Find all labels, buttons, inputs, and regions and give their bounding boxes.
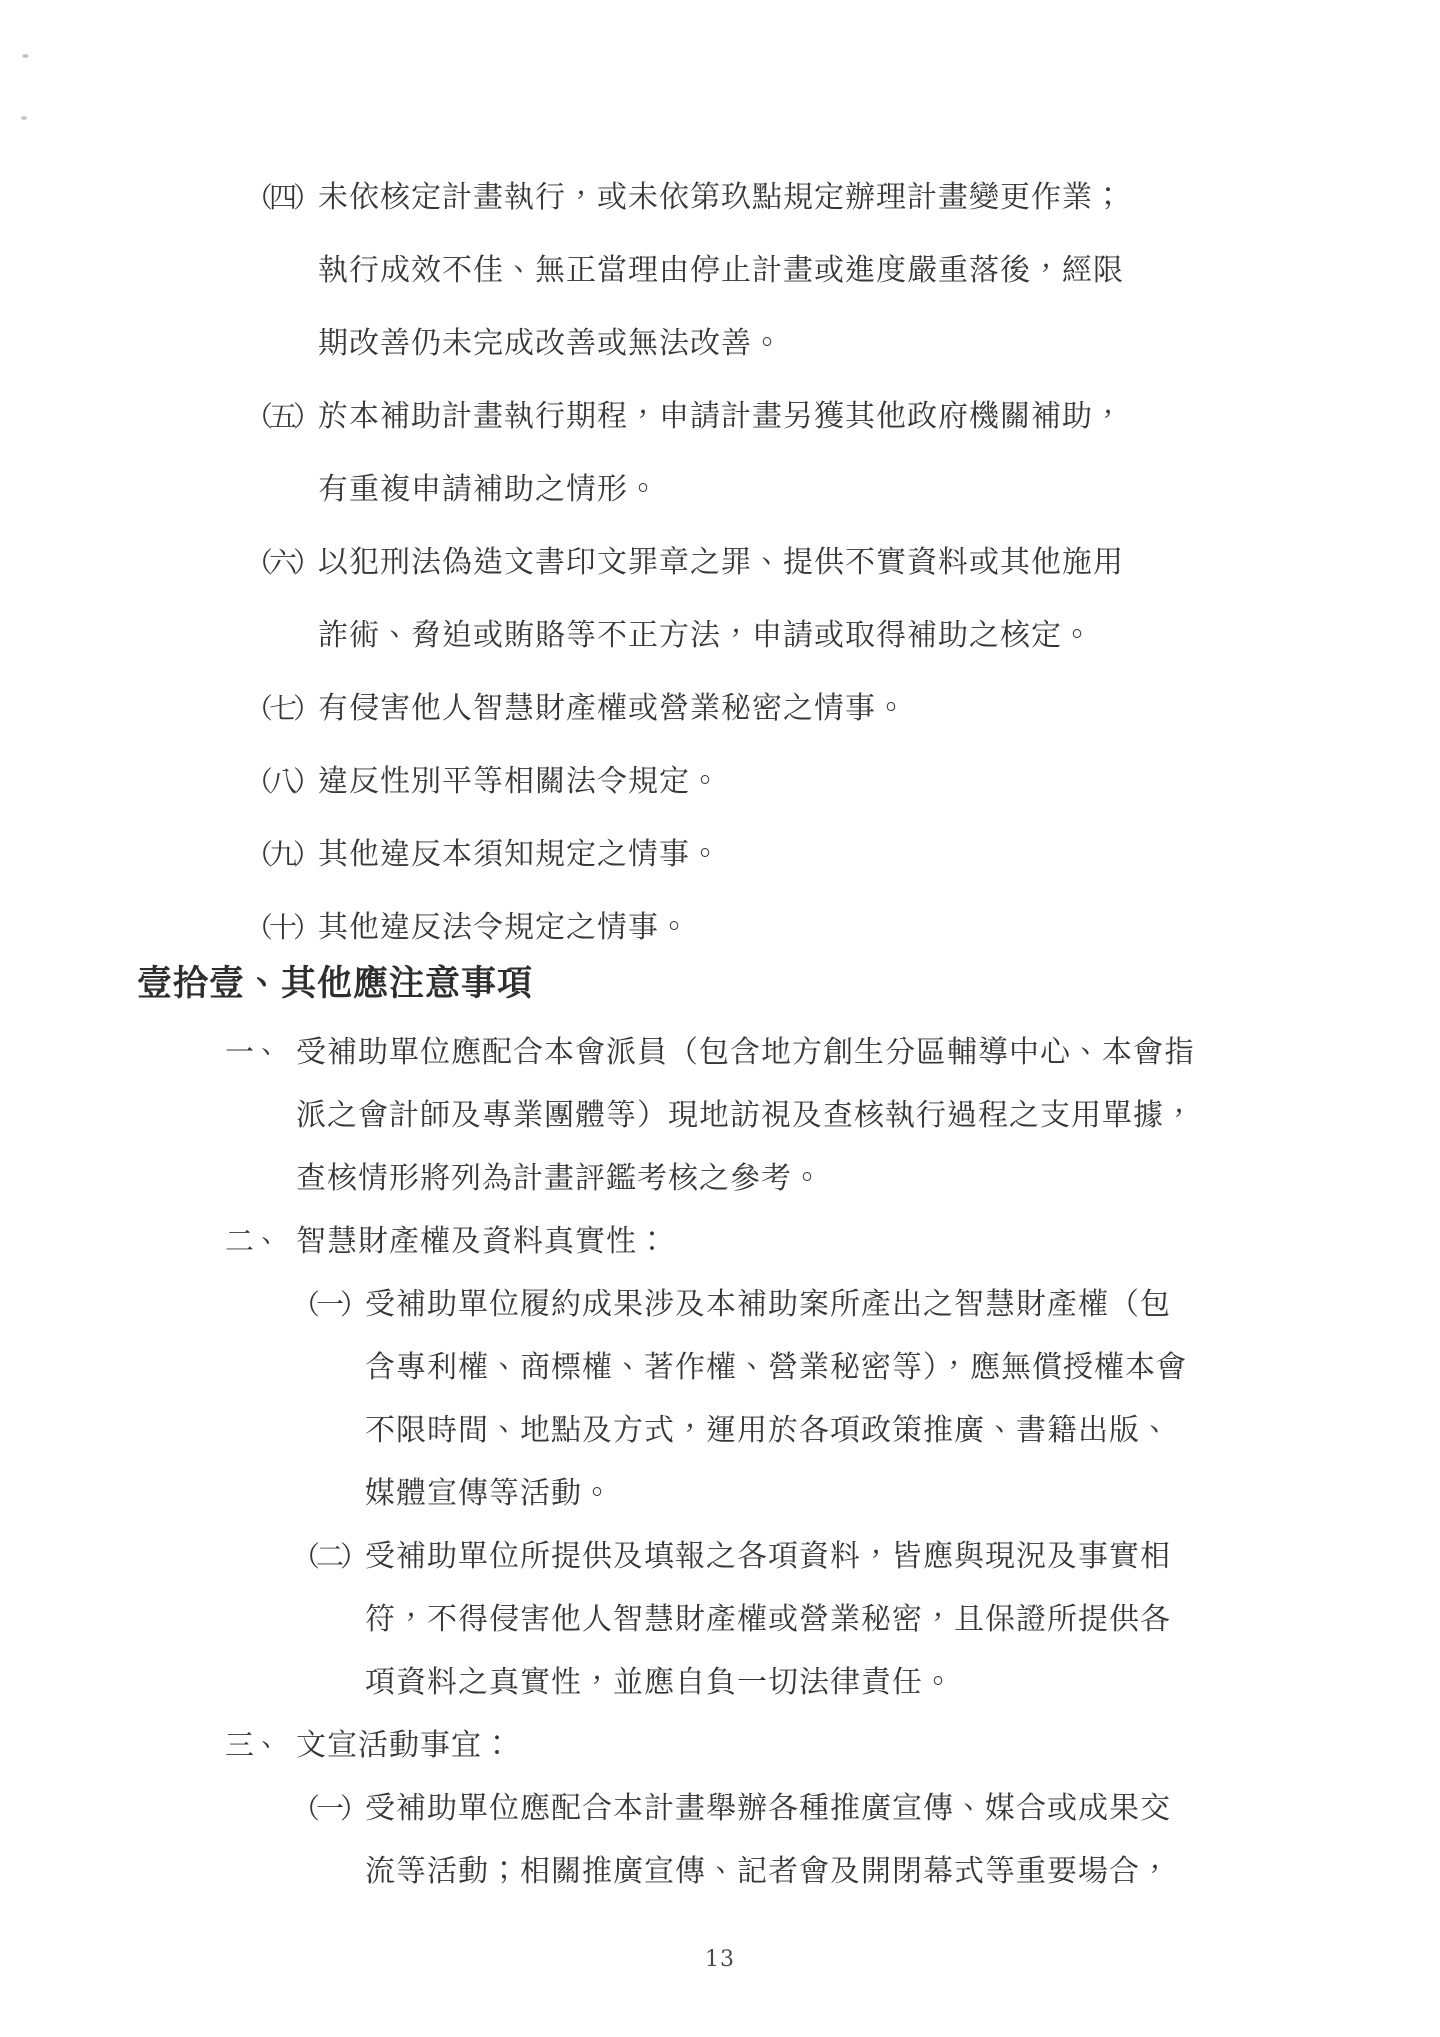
- list-item-line: （六）以犯刑法偽造文書印文罪章之罪、提供不實資料或其他施用: [245, 545, 1124, 581]
- item-text: 違反性別平等相關法令規定。: [318, 764, 721, 799]
- item-text: 文宣活動事宜：: [296, 1728, 513, 1763]
- list-item-line: 一、受補助單位應配合本會派員（包含地方創生分區輔導中心、本會指: [225, 1035, 1195, 1071]
- item-marker: 二、: [225, 1224, 296, 1259]
- item-text-line: 媒體宣傳等活動。: [365, 1476, 613, 1512]
- item-text: 未依核定計畫執行，或未依第玖點規定辦理計畫變更作業；: [318, 180, 1124, 215]
- item-marker: （四）: [245, 181, 318, 215]
- item-marker: （九）: [245, 838, 318, 872]
- list-item-line: 三、文宣活動事宜：: [225, 1728, 513, 1764]
- scan-speck: [21, 116, 27, 120]
- list-item-line: （十）其他違反法令規定之情事。: [245, 910, 690, 946]
- item-text-line: 期改善仍未完成改善或無法改善。: [318, 326, 783, 362]
- item-text: 其他違反法令規定之情事。: [318, 910, 690, 945]
- item-text: 其他違反本須知規定之情事。: [318, 837, 721, 872]
- list-item-line: （五）於本補助計畫執行期程，申請計畫另獲其他政府機關補助，: [245, 399, 1124, 435]
- item-text-line: 有重複申請補助之情形。: [318, 472, 659, 508]
- item-text-line: 項資料之真實性，並應自負一切法律責任。: [365, 1665, 954, 1701]
- item-text-line: 執行成效不佳、無正當理由停止計畫或進度嚴重落後，經限: [318, 253, 1124, 289]
- item-text: 以犯刑法偽造文書印文罪章之罪、提供不實資料或其他施用: [318, 545, 1124, 580]
- item-text: 智慧財產權及資料真實性：: [296, 1224, 668, 1259]
- item-text: 受補助單位所提供及填報之各項資料，皆應與現況及事實相: [365, 1539, 1171, 1574]
- list-item-line: （八）違反性別平等相關法令規定。: [245, 764, 721, 800]
- item-text-line: 流等活動；相關推廣宣傳、記者會及開閉幕式等重要場合，: [365, 1854, 1171, 1890]
- page-number: 13: [0, 1947, 1440, 1972]
- item-text-line: 詐術、脅迫或賄賂等不正方法，申請或取得補助之核定。: [318, 618, 1093, 654]
- item-marker: （二）: [292, 1540, 365, 1574]
- item-text-line: 符，不得侵害他人智慧財產權或營業秘密，且保證所提供各: [365, 1602, 1171, 1638]
- list-item-line: （二）受補助單位所提供及填報之各項資料，皆應與現況及事實相: [292, 1539, 1171, 1575]
- item-marker: （八）: [245, 765, 318, 799]
- list-item-line: （七）有侵害他人智慧財產權或營業秘密之情事。: [245, 691, 907, 727]
- list-item-line: 二、智慧財產權及資料真實性：: [225, 1224, 668, 1260]
- item-marker: （一）: [292, 1792, 365, 1826]
- scan-speck: [22, 54, 29, 58]
- item-text: 受補助單位應配合本會派員（包含地方創生分區輔導中心、本會指: [296, 1035, 1195, 1070]
- list-item-line: （四）未依核定計畫執行，或未依第玖點規定辦理計畫變更作業；: [245, 180, 1124, 216]
- item-text: 受補助單位履約成果涉及本補助案所產出之智慧財產權（包: [365, 1287, 1171, 1322]
- item-text-line: 查核情形將列為計畫評鑑考核之參考。: [296, 1161, 823, 1197]
- item-marker: 三、: [225, 1728, 296, 1763]
- section-heading: 壹拾壹、其他應注意事項: [137, 956, 533, 1006]
- item-text-line: 不限時間、地點及方式，運用於各項政策推廣、書籍出版、: [365, 1413, 1171, 1449]
- item-marker: （十）: [245, 911, 318, 945]
- item-text-line: 派之會計師及專業團體等）現地訪視及查核執行過程之支用單據，: [296, 1098, 1195, 1134]
- item-marker: （六）: [245, 546, 318, 580]
- item-text: 受補助單位應配合本計畫舉辦各種推廣宣傳、媒合或成果交: [365, 1791, 1171, 1826]
- item-text: 有侵害他人智慧財產權或營業秘密之情事。: [318, 691, 907, 726]
- item-marker: （七）: [245, 692, 318, 726]
- item-text: 於本補助計畫執行期程，申請計畫另獲其他政府機關補助，: [318, 399, 1124, 434]
- item-text-line: 含專利權、商標權、著作權、營業秘密等），應無償授權本會: [365, 1350, 1187, 1386]
- document-page: （四）未依核定計畫執行，或未依第玖點規定辦理計畫變更作業； 執行成效不佳、無正當…: [0, 0, 1440, 2037]
- list-item-line: （九）其他違反本須知規定之情事。: [245, 837, 721, 873]
- list-item-line: （一）受補助單位履約成果涉及本補助案所產出之智慧財產權（包: [292, 1287, 1171, 1323]
- item-marker: （五）: [245, 400, 318, 434]
- item-marker: （一）: [292, 1288, 365, 1322]
- item-marker: 一、: [225, 1035, 296, 1070]
- list-item-line: （一）受補助單位應配合本計畫舉辦各種推廣宣傳、媒合或成果交: [292, 1791, 1171, 1827]
